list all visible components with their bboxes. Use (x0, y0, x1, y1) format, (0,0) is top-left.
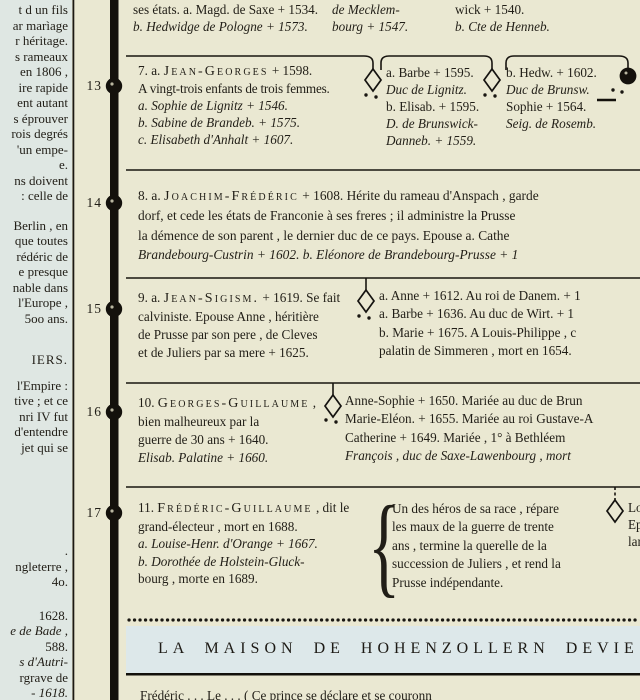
clipped-fragment: lan (628, 533, 640, 550)
timeline-node-icon (106, 78, 122, 94)
issue-dots-icon (357, 314, 360, 317)
issue-dots-icon (611, 88, 614, 91)
margin-note-line: jet qui se (0, 440, 68, 456)
entry-number: 11. (138, 500, 154, 515)
entry-line: de Prusse par son pere , de Cleves (138, 326, 340, 344)
entry-line: Brandebourg-Custrin + 1602. b. Eléonore … (138, 245, 640, 264)
margin-note-line: t d un fils (0, 2, 68, 18)
entry-number: 9. a. (138, 290, 160, 305)
node-highlight (110, 509, 113, 512)
entry-17: 11. Frédéric-Guillaume , dit le grand-él… (138, 499, 349, 588)
carryover-entry-col3: wick + 1540. b. Cte de Henneb. (455, 1, 550, 35)
death-date: + 1608. Hérite du rameau d'Anspach , gar… (302, 188, 538, 203)
entry-13-spouse-col1: a. Barbe + 1595. Duc de Lignitz. b. Elis… (386, 64, 479, 149)
node-highlight (625, 72, 628, 75)
entry-heading: 10. Georges-Guillaume , (138, 394, 316, 413)
entry-line: Duc de Lignitz. (386, 81, 479, 98)
margin-note-line: s d'Autri- (0, 654, 68, 670)
timeline-generation-number: 15 (74, 301, 102, 317)
timeline-line (110, 0, 119, 700)
entry-line: A vingt-trois enfants de trois femmes. (138, 80, 330, 97)
marriage-diamond-icon (325, 395, 341, 417)
margin-note-line: d'entendre (0, 424, 68, 440)
margin-note-line: ngleterre , (0, 559, 68, 575)
entry-heading: 9. a. Jean-Sigism. + 1619. Se fait (138, 289, 340, 308)
margin-note-line: e de Bade , (0, 623, 68, 639)
node-highlight (110, 199, 113, 202)
entry-line: a. Barbe + 1595. (386, 64, 479, 81)
note-line: succession de Juliers , et rend la (392, 555, 561, 573)
entry-15-spouse-col: a. Anne + 1612. Au roi de Danem. + 1 a. … (379, 287, 581, 361)
entry-line: a. Anne + 1612. Au roi de Danem. + 1 (379, 287, 581, 305)
note-line: ans , termine la querelle de la (392, 537, 561, 555)
margin-note-line: l'Empire : (0, 378, 68, 394)
entry-line: et de Juliers par sa mere + 1625. (138, 344, 340, 362)
entry-line: b. Sabine de Brandeb. + 1575. (138, 114, 330, 131)
margin-note-line: 588. (0, 639, 68, 655)
margin-note-line: 4o. (0, 574, 68, 590)
banner-title: LA MAISON DE HOHENZOLLERN DEVIE (158, 640, 639, 658)
margin-note-line: : celle de (0, 188, 68, 204)
entry-line: b. Hedw. + 1602. (506, 64, 597, 81)
entry-number: 7. a. (138, 63, 160, 78)
margin-note-line: ent autant (0, 95, 68, 111)
margin-note-line: l'Europe , (0, 295, 68, 311)
marriage-diamond-icon (358, 290, 374, 312)
margin-note-line: ire rapide (0, 80, 68, 96)
section-banner: LA MAISON DE HOHENZOLLERN DEVIE (126, 626, 640, 673)
margin-note-line: rois degrés (0, 126, 68, 142)
margin-divider-rule (73, 0, 75, 700)
epithet: , dit le (316, 500, 349, 515)
entry-line: wick + 1540. (455, 1, 550, 18)
entry-line: a. Sophie de Lignitz + 1546. (138, 97, 330, 114)
entry-15: 9. a. Jean-Sigism. + 1619. Se fait calvi… (138, 289, 340, 362)
node-highlight (110, 408, 113, 411)
person-name: Georges-Guillaume (158, 396, 310, 411)
timeline-generation-number: 14 (74, 195, 102, 211)
timeline-node-icon (106, 195, 122, 211)
entry-line: Elisab. Palatine + 1660. (138, 449, 316, 467)
entry-line: Danneb. + 1559. (386, 132, 479, 149)
margin-note-line: 5oo ans. (0, 311, 68, 327)
entry-heading: 7. a. Jean-Georges + 1598. (138, 62, 330, 80)
margin-note-line: IERS. (0, 352, 68, 368)
issue-dots-icon (367, 316, 370, 319)
margin-note-line: rgrave de (0, 670, 68, 686)
entry-line: palatin de Simmeren , mort en 1654. (379, 342, 581, 360)
timeline-generation-number: 16 (74, 404, 102, 420)
issue-dots-icon (374, 95, 377, 98)
entry-line: Marie-Eléon. + 1655. Mariée au roi Gusta… (345, 410, 593, 428)
entry-16: 10. Georges-Guillaume , bien malheureux … (138, 394, 316, 467)
entry-line: ses états. a. Magd. de Saxe + 1534. (133, 1, 318, 18)
entry-line: c. Elisabeth d'Anhalt + 1607. (138, 131, 330, 148)
margin-note-line: . (0, 543, 68, 559)
entry-number: 10. (138, 395, 154, 410)
entry-line: bourg , morte en 1689. (138, 570, 349, 588)
entry-line: Seig. de Rosemb. (506, 115, 597, 132)
person-name: Jean-Georges (164, 64, 269, 79)
note-line: Prusse indépendante. (392, 574, 561, 592)
death-date: + 1598. (272, 63, 312, 78)
entry-line: la démence de son parent , le dernier du… (138, 226, 640, 245)
margin-note-line: nri IV fut (0, 409, 68, 425)
marriage-diamond-icon (365, 69, 381, 91)
entry-line: bien malheureux par la (138, 413, 316, 431)
entry-line: a. Barbe + 1636. Au duc de Wirt. + 1 (379, 305, 581, 323)
margin-note-line: ns doivent (0, 173, 68, 189)
margin-note-line: s éprouver (0, 111, 68, 127)
issue-dots-icon (493, 94, 496, 97)
punctuation: , (313, 395, 316, 410)
margin-note-line: en 1806 , (0, 64, 68, 80)
note-line: les maux de la guerre de trente (392, 518, 561, 536)
issue-dots-icon (364, 93, 367, 96)
entry-line: Sophie + 1564. (506, 98, 597, 115)
margin-note-line: e. (0, 157, 68, 173)
entry-line: Duc de Brunsw. (506, 81, 597, 98)
entry-line: a. Louise-Henr. d'Orange + 1667. (138, 535, 349, 553)
margin-note-line: ar marìage (0, 18, 68, 34)
entry-line: bourg + 1547. (332, 18, 408, 35)
person-name: Jean-Sigism. (164, 291, 259, 306)
death-date: + 1619. Se fait (262, 290, 340, 305)
entry-line: b. Elisab. + 1595. (386, 98, 479, 115)
timeline-node-icon (106, 505, 122, 521)
marriage-diamond-icon (484, 69, 500, 91)
person-name: Frédéric-Guillaume (157, 501, 312, 516)
margin-note-line: tive ; et ce (0, 393, 68, 409)
node-highlight (110, 82, 113, 85)
margin-note-line: - 1618. (0, 685, 68, 700)
entry-line: de Mecklem- (332, 1, 408, 18)
entry-line: Catherine + 1649. Mariée , 1° à Bethléem (345, 429, 593, 447)
scanned-genealogy-page: t d un fils ar marìage r héritage. s ram… (0, 0, 640, 700)
margin-note-line: nable dans (0, 280, 68, 296)
issue-dots-icon (483, 93, 486, 96)
entry-line: b. Dorothée de Holstein-Gluck- (138, 553, 349, 571)
entry-line: b. Hedwidge de Pologne + 1573. (133, 18, 318, 35)
margin-notes: t d un fils ar marìage r héritage. s ram… (0, 2, 68, 700)
margin-note-line: que toutes (0, 233, 68, 249)
entry-17-note: Un des héros de sa race , répare les mau… (392, 500, 561, 592)
entry-heading: 11. Frédéric-Guillaume , dit le (138, 499, 349, 518)
entry-line: Anne-Sophie + 1650. Mariée au duc de Bru… (345, 392, 593, 410)
person-name: Joachim-Frédéric (164, 189, 299, 204)
issue-dots-icon (324, 418, 327, 421)
margin-note-line: rédéric de (0, 249, 68, 265)
entry-line: b. Cte de Henneb. (455, 18, 550, 35)
entry-line: guerre de 30 ans + 1640. (138, 431, 316, 449)
issue-dots-icon (620, 90, 623, 93)
entry-14: 8. a. Joachim-Frédéric + 1608. Hérite du… (138, 186, 640, 264)
timeline-generation-number: 17 (74, 505, 102, 521)
timeline-node-icon (106, 404, 122, 420)
clipped-fragment: Ep (628, 516, 640, 533)
entry-13: 7. a. Jean-Georges + 1598. A vingt-trois… (138, 62, 330, 148)
margin-note-line: Berlin , en (0, 218, 68, 234)
margin-note-line: 1628. (0, 608, 68, 624)
entry-13-spouse-col2: b. Hedw. + 1602. Duc de Brunsw. Sophie +… (506, 64, 597, 132)
margin-note-line: s rameaux (0, 49, 68, 65)
issue-dots-icon (334, 420, 337, 423)
entry-line: grand-électeur , mort en 1688. (138, 518, 349, 536)
lineage-node-icon (620, 68, 637, 85)
note-line: Un des héros de sa race , répare (392, 500, 561, 518)
carryover-entry-col2: de Mecklem- bourg + 1547. (332, 1, 408, 35)
clipped-fragment: Lo (628, 499, 640, 516)
entry-16-spouse-col: Anne-Sophie + 1650. Mariée au duc de Bru… (345, 392, 593, 466)
margin-note-line: 'un empe- (0, 142, 68, 158)
entry-heading: 8. a. Joachim-Frédéric + 1608. Hérite du… (138, 186, 640, 206)
entry-line: calviniste. Epouse Anne , héritière (138, 308, 340, 326)
entry-line: D. de Brunswick- (386, 115, 479, 132)
entry-line: François , duc de Saxe-Lawenbourg , mort (345, 447, 593, 465)
entry-line: dorf, et cede les états de Franconie à s… (138, 206, 640, 225)
timeline-node-icon (106, 301, 122, 317)
carryover-entry-col1: ses états. a. Magd. de Saxe + 1534. b. H… (133, 1, 318, 35)
margin-note-line: e presque (0, 264, 68, 280)
margin-note-line: r héritage. (0, 33, 68, 49)
timeline-generation-number: 13 (74, 78, 102, 94)
entry-number: 8. a. (138, 188, 161, 203)
node-highlight (110, 305, 113, 308)
next-section-clipped-line: Frédéric . . . Le . . . ( Ce prince se d… (140, 687, 432, 700)
entry-17-clipped-column: Lo Ep lan (628, 499, 640, 550)
marriage-diamond-icon (607, 500, 623, 522)
entry-line: b. Marie + 1675. A Louis-Philippe , c (379, 324, 581, 342)
